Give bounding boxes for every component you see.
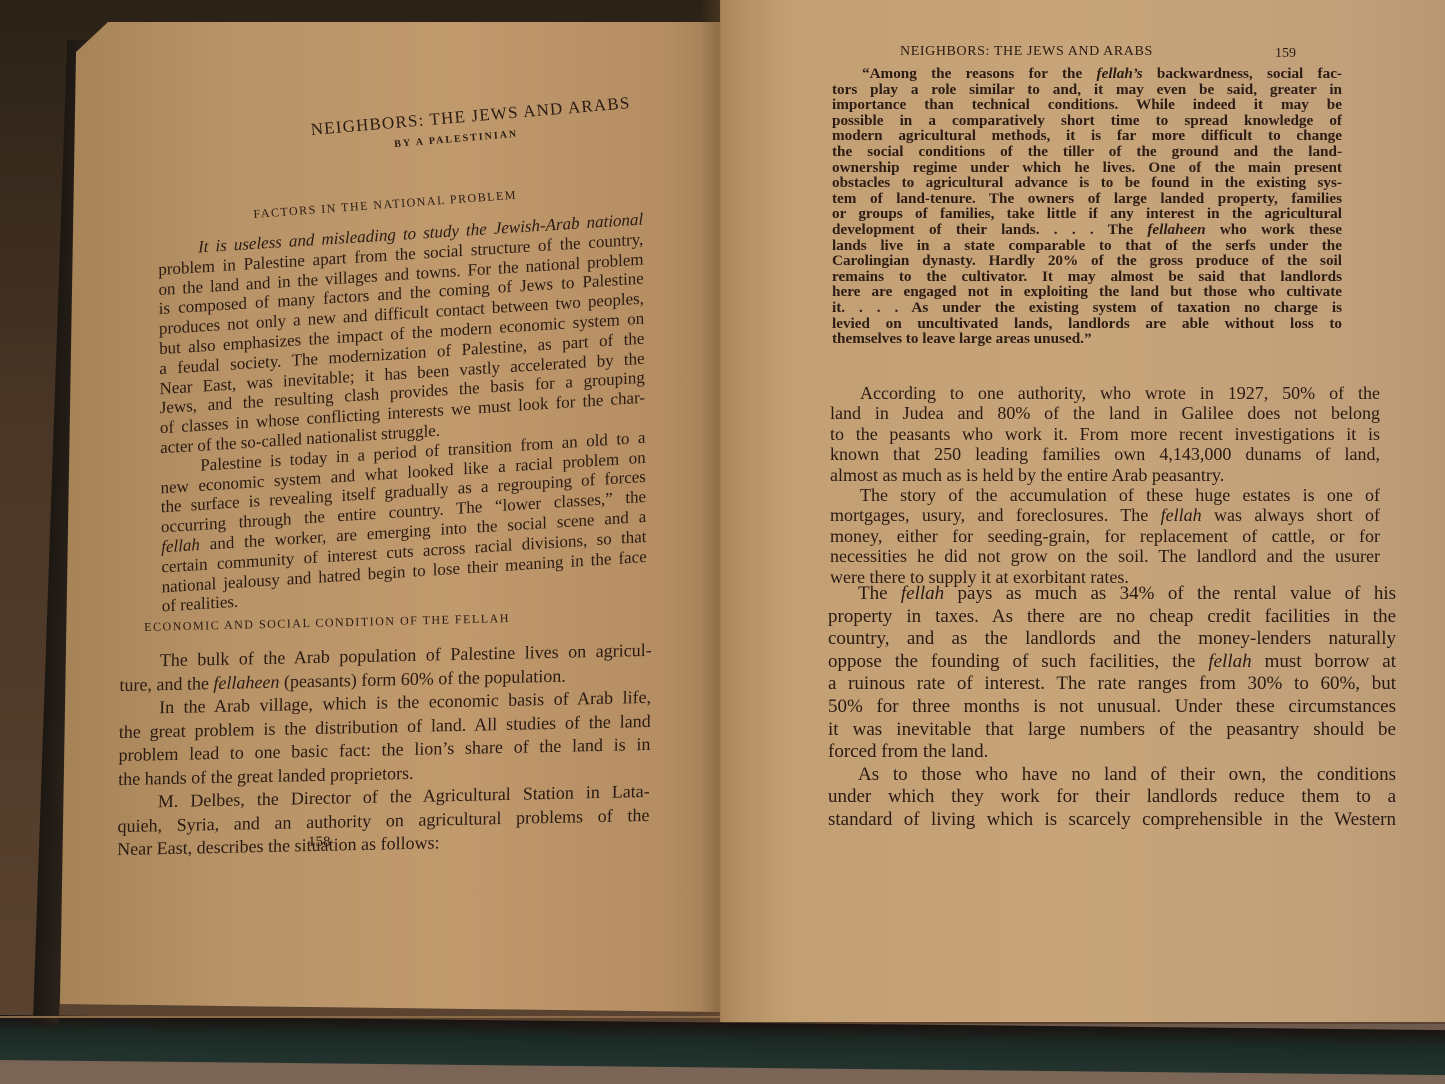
- block-quote: “Among the reasons for the fellah’s back…: [832, 66, 1342, 347]
- text-line: here are engaged not in exploiting the l…: [832, 284, 1342, 300]
- chapter-title-block: NEIGHBORS: THE JEWS AND ARABS BY A PALES…: [310, 93, 633, 157]
- text-line: The fellah pays as much as 34% of the re…: [828, 583, 1396, 606]
- text-line: under which they work for their landlord…: [828, 786, 1396, 809]
- text-line: tors play a role similar to and, it may …: [832, 82, 1342, 98]
- text-line: The story of the accumulation of these h…: [830, 485, 1380, 505]
- text-line: mortgages, usury, and foreclosures. The …: [830, 505, 1380, 525]
- page-bottom-edge: [0, 1016, 720, 1018]
- page-number-right: 159: [1275, 46, 1296, 62]
- body-paragraphs-2: The fellah pays as much as 34% of the re…: [828, 583, 1398, 832]
- text-line: it. . . . As under the existing system o…: [832, 300, 1342, 316]
- text-line: almost as much as is held by the entire …: [830, 465, 1380, 485]
- text-line: money, either for seeding-grain, for rep…: [830, 526, 1380, 546]
- text-line: 50% for three months is not unusual. Und…: [828, 696, 1396, 719]
- text-line: country, and as the landlords and the mo…: [828, 628, 1396, 651]
- text-line: forced from the land.: [828, 741, 1396, 764]
- right-page: NEIGHBORS: THE JEWS AND ARABS 159 “Among…: [720, 0, 1445, 1022]
- italic-term: fellaheen: [1147, 221, 1205, 238]
- section-heading-factors: FACTORS IN THE NATIONAL PROBLEM: [253, 188, 517, 222]
- text-line: ownership regime under which he lives. O…: [832, 160, 1342, 176]
- text-line: to the peasants who work it. From more r…: [830, 424, 1380, 444]
- text-line: themselves to leave large areas unused.”: [832, 331, 1342, 347]
- text-line: According to one authority, who wrote in…: [830, 383, 1380, 403]
- text-line: tem of land-tenure. The owners of large …: [832, 191, 1342, 207]
- text-line: property in taxes. As there are no cheap…: [828, 606, 1396, 629]
- section-factors-body: It is useless and misleading to study th…: [158, 209, 647, 616]
- text-line: oppose the founding of such facilities, …: [828, 651, 1396, 674]
- text-line: lands live in a state comparable to that…: [832, 238, 1342, 254]
- text-line: Carolingian dynasty. Hardly 20% of the g…: [832, 253, 1342, 269]
- text-line: known that 250 leading families own 4,14…: [830, 444, 1380, 464]
- text-line: remains to the cultivator. It may almost…: [832, 269, 1342, 285]
- running-head: NEIGHBORS: THE JEWS AND ARABS: [900, 44, 1153, 60]
- text-line: the social conditions of the tiller of t…: [832, 144, 1342, 160]
- italic-term: fellaheen: [213, 671, 279, 692]
- italic-term: fellah’s: [1097, 65, 1143, 82]
- text-line: it was inevitable that large numbers of …: [828, 719, 1396, 742]
- italic-term: fellah: [161, 535, 200, 556]
- text-line: necessities he did not grow on the soil.…: [830, 546, 1380, 566]
- text-line: As to those who have no land of their ow…: [828, 764, 1396, 787]
- text-line: modern agricultural methods, it is far m…: [832, 128, 1342, 144]
- section-heading-economic: ECONOMIC AND SOCIAL CONDITION OF THE FEL…: [144, 611, 510, 635]
- text-line: land in Judea and 80% of the land in Gal…: [830, 403, 1380, 423]
- text-line: a ruinous rate of interest. The rate ran…: [828, 673, 1396, 696]
- text-line: or groups of families, take little if an…: [832, 206, 1342, 222]
- text-line: obstacles to agricultural advance is to …: [832, 175, 1342, 191]
- body-paragraphs-1: According to one authority, who wrote in…: [830, 383, 1385, 587]
- text-line: levied on uncultivated lands, landlords …: [832, 316, 1342, 332]
- text-line: importance than technical conditions. Wh…: [832, 97, 1342, 113]
- book-photo: NEIGHBORS: THE JEWS AND ARABS BY A PALES…: [0, 0, 1445, 1084]
- italic-term: fellah: [901, 583, 944, 604]
- text-line: possible in a comparatively short time t…: [832, 113, 1342, 129]
- text-line: standard of living which is scarcely com…: [828, 809, 1396, 832]
- section-economic-body: The bulk of the Arab population of Pales…: [117, 639, 652, 862]
- text-line: “Among the reasons for the fellah’s back…: [832, 66, 1342, 82]
- text-line: development of their lands. . . . The fe…: [832, 222, 1342, 238]
- italic-term: fellah: [1208, 651, 1251, 672]
- italic-term: fellah: [1161, 505, 1202, 525]
- left-page: NEIGHBORS: THE JEWS AND ARABS BY A PALES…: [60, 22, 720, 1017]
- page-number-left: 158: [308, 834, 331, 851]
